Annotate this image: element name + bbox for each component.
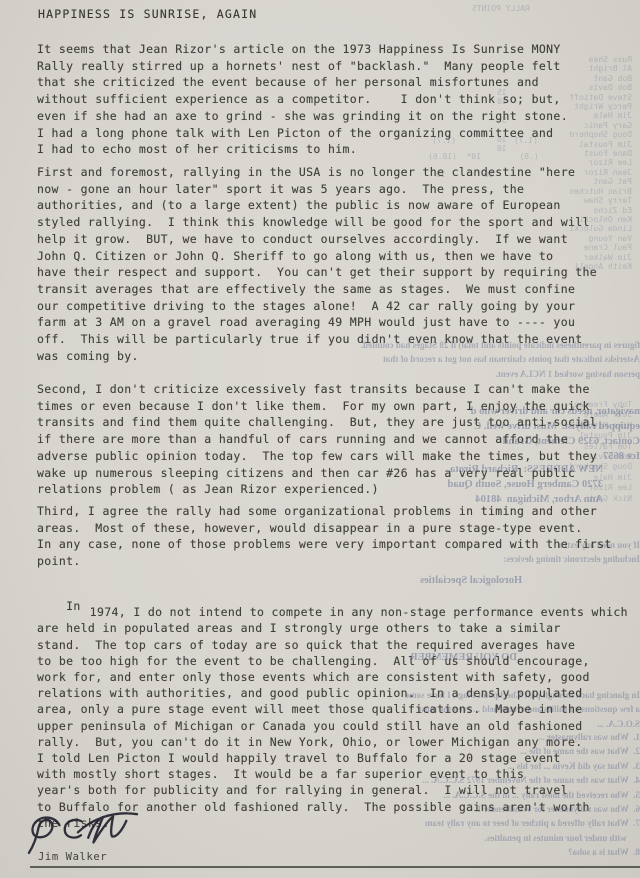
paragraph-4: Third, I agree the rally had some organi… — [37, 503, 633, 570]
page-bottom-rule — [30, 866, 640, 868]
paragraph-5-body: 1974, I do not intend to compete in any … — [37, 605, 628, 830]
paragraph-2: First and foremost, rallying in the USA … — [37, 164, 633, 364]
paragraph-3: Second, I don't criticize excessively fa… — [37, 381, 633, 498]
raised-word-in: In — [66, 598, 81, 614]
signed-name: Jim Walker — [38, 851, 107, 863]
paragraph-1: It seems that Jean Rizor's article on th… — [37, 41, 633, 158]
page-title: HAPPINESS IS SUNRISE, AGAIN — [38, 7, 257, 21]
bleedthrough-text: Horological Specialties — [420, 573, 522, 588]
bleedthrough-text: RALLY POINTS — [472, 4, 530, 13]
scanned-letter-page: RALLY POINTSRuss Shea Al Bright Bob Gant… — [0, 0, 640, 878]
